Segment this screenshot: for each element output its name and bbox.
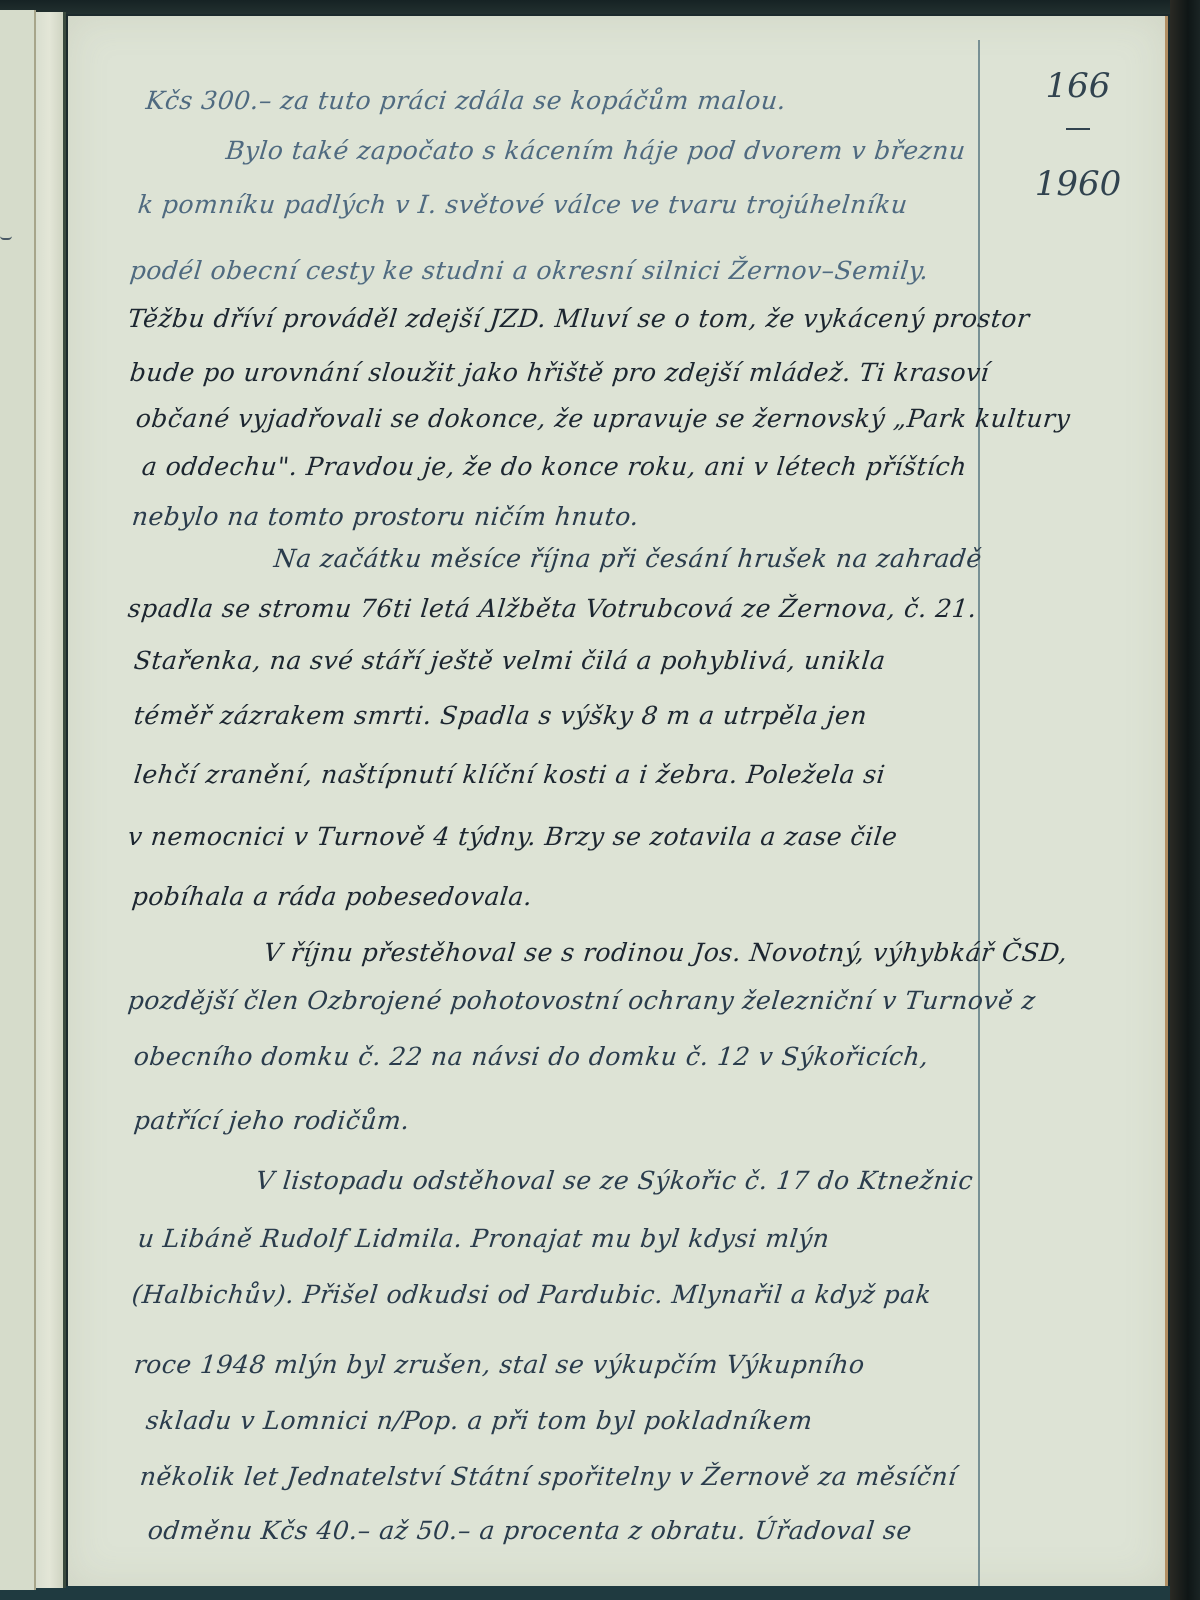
book-cover-bottom-edge bbox=[0, 1586, 1200, 1600]
text-line: odměnu Kčs 40.– až 50.– a procenta z obr… bbox=[146, 1516, 913, 1545]
text-line: (Halbichův). Přišel odkudsi od Pardubic.… bbox=[130, 1280, 932, 1309]
book-cover-right-edge bbox=[1170, 0, 1200, 1600]
book-cover-top-edge bbox=[0, 0, 1200, 14]
margin-rule bbox=[978, 40, 980, 1586]
book-gutter bbox=[36, 12, 66, 1588]
text-line: občané vyjadřovali se dokonce, že upravu… bbox=[134, 404, 1071, 433]
text-line: u Libáně Rudolf Lidmila. Pronajat mu byl… bbox=[136, 1224, 831, 1253]
previous-page-ink-mark bbox=[0, 236, 12, 240]
text-line: Těžbu dříví prováděl zdejší JZD. Mluví s… bbox=[126, 304, 1031, 333]
text-line: bude po urovnání sloužit jako hřiště pro… bbox=[128, 358, 990, 387]
text-line: a oddechu". Pravdou je, že do konce roku… bbox=[140, 452, 968, 481]
text-line: V říjnu přestěhoval se s rodinou Jos. No… bbox=[262, 938, 1069, 967]
margin-separator bbox=[1066, 128, 1090, 130]
text-line: téměř zázrakem smrti. Spadla s výšky 8 m… bbox=[132, 701, 868, 730]
margin-annotation: 166 1960 bbox=[1008, 66, 1148, 204]
text-line: lehčí zranění, naštípnutí klíční kosti a… bbox=[132, 760, 886, 789]
text-line: spadla se stromu 76ti letá Alžběta Votru… bbox=[126, 594, 978, 623]
text-line: roce 1948 mlýn byl zrušen, stal se výkup… bbox=[132, 1350, 866, 1379]
text-line: Kčs 300.– za tuto práci zdála se kopáčům… bbox=[144, 86, 787, 115]
text-line: Bylo také započato s kácením háje pod dv… bbox=[224, 136, 967, 165]
text-line: Stařenka, na své stáří ještě velmi čilá … bbox=[132, 646, 887, 675]
text-line: několik let Jednatelství Státní spořitel… bbox=[138, 1462, 958, 1491]
text-line: patřící jeho rodičům. bbox=[132, 1106, 411, 1135]
text-line: V listopadu odstěhoval se ze Sýkořic č. … bbox=[254, 1166, 974, 1195]
text-line: k pomníku padlých v I. světové válce ve … bbox=[136, 190, 909, 219]
text-line: nebylo na tomto prostoru ničím hnuto. bbox=[130, 502, 640, 531]
text-line: obecního domku č. 22 na návsi do domku č… bbox=[132, 1042, 930, 1071]
text-line: skladu v Lomnici n/Pop. a při tom byl po… bbox=[144, 1406, 814, 1435]
previous-page-edge bbox=[0, 10, 36, 1590]
text-line: pozdější člen Ozbrojené pohotovostní och… bbox=[126, 986, 1037, 1015]
text-line: podél obecní cesty ke studni a okresní s… bbox=[128, 256, 930, 285]
chronicle-page: 166 1960 Kčs 300.– za tuto práci zdála s… bbox=[68, 16, 1168, 1586]
text-line: pobíhala a ráda pobesedovala. bbox=[130, 882, 533, 911]
handwritten-text: Kčs 300.– za tuto práci zdála se kopáčům… bbox=[68, 16, 978, 1586]
page-number: 166 bbox=[1008, 66, 1148, 106]
chronicle-year: 1960 bbox=[1008, 164, 1148, 204]
text-line: Na začátku měsíce října při česání hruše… bbox=[272, 544, 983, 573]
text-line: v nemocnici v Turnově 4 týdny. Brzy se z… bbox=[126, 822, 899, 851]
